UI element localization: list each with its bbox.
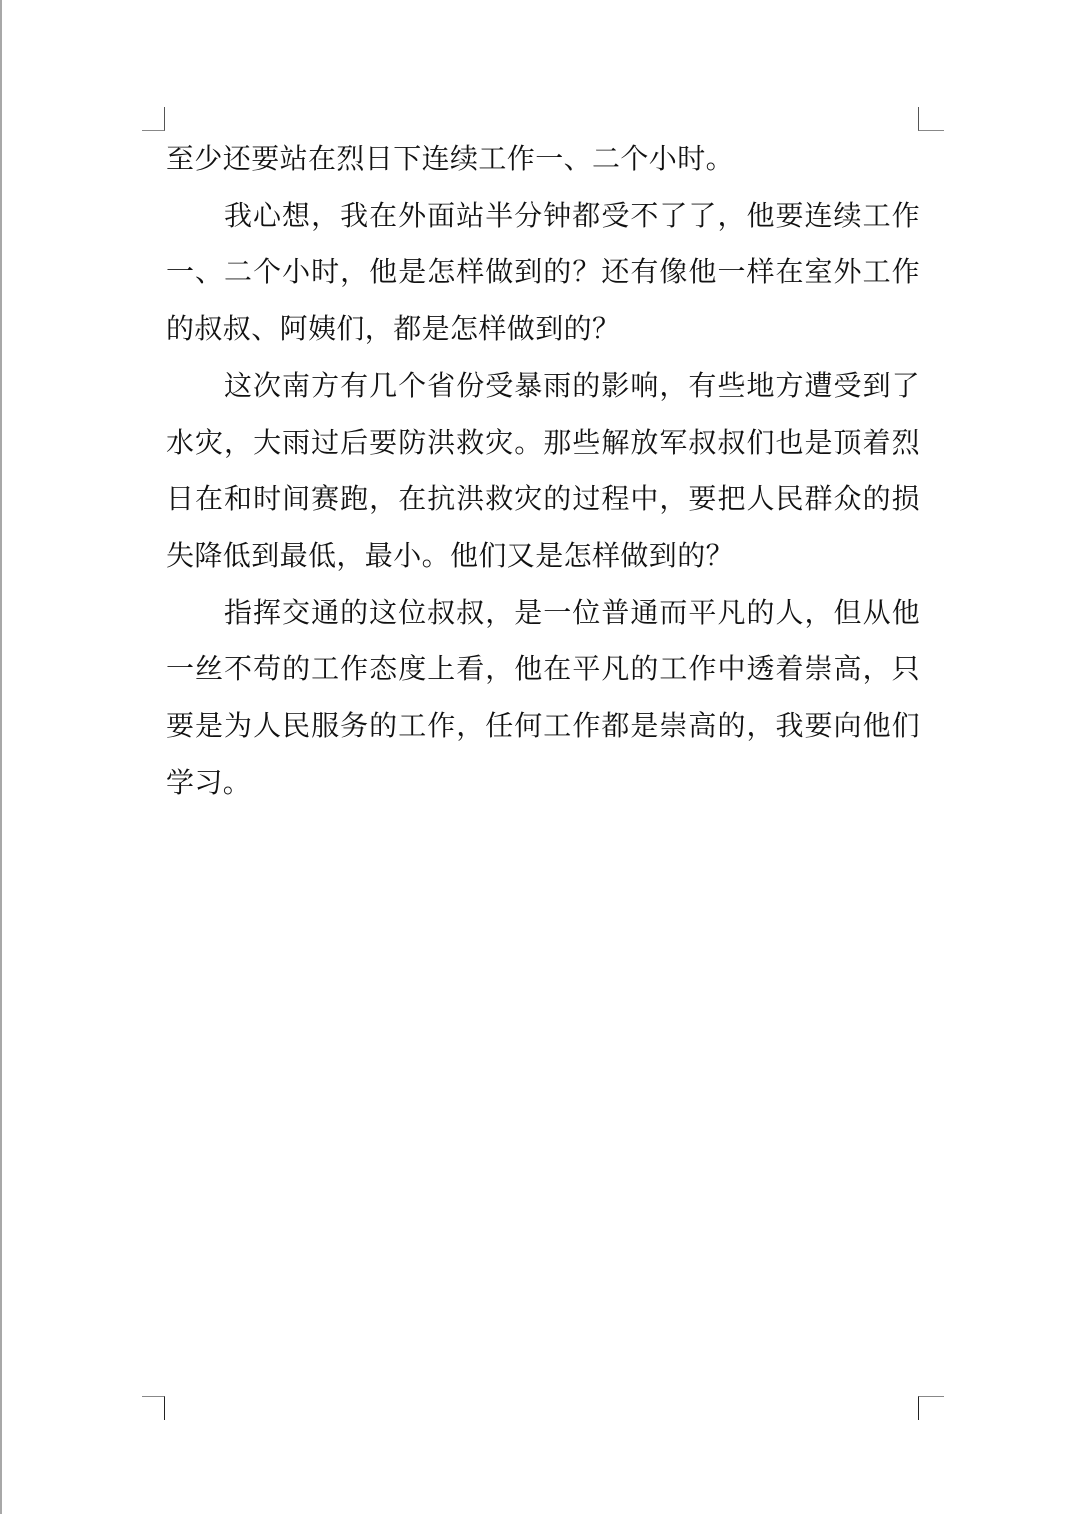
top-right-margin-mark xyxy=(918,107,944,131)
paragraph-1: 至少还要站在烈日下连续工作一、二个小时。 xyxy=(166,131,920,188)
document-body[interactable]: 至少还要站在烈日下连续工作一、二个小时。 我心想，我在外面站半分钟都受不了了，他… xyxy=(166,131,920,811)
paragraph-4: 指挥交通的这位叔叔，是一位普通而平凡的人，但从他一丝不苟的工作态度上看，他在平凡… xyxy=(166,585,920,812)
document-page: 至少还要站在烈日下连续工作一、二个小时。 我心想，我在外面站半分钟都受不了了，他… xyxy=(0,0,1079,1514)
top-left-margin-mark xyxy=(142,107,165,131)
bottom-left-margin-mark xyxy=(142,1396,165,1420)
paragraph-3: 这次南方有几个省份受暴雨的影响，有些地方遭受到了水灾，大雨过后要防洪救灾。那些解… xyxy=(166,358,920,585)
paragraph-2: 我心想，我在外面站半分钟都受不了了，他要连续工作一、二个小时，他是怎样做到的？还… xyxy=(166,188,920,358)
bottom-right-margin-mark xyxy=(918,1396,944,1420)
